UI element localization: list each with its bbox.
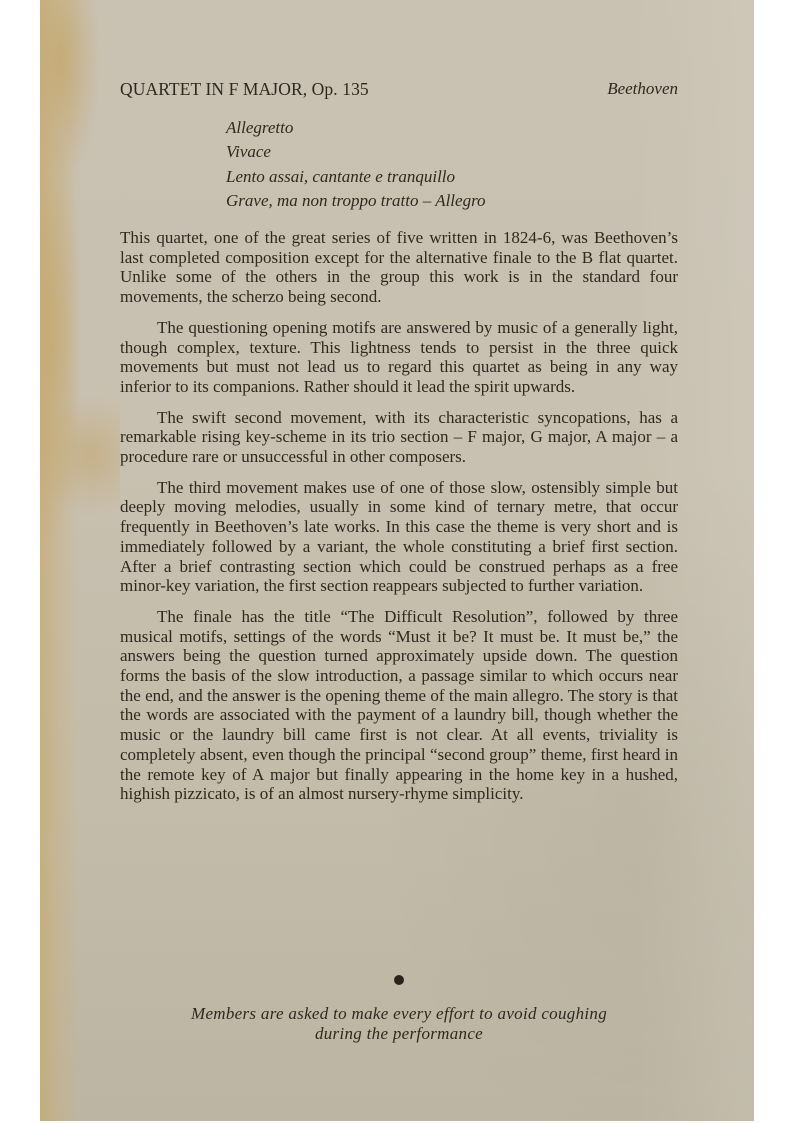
composer-name: Beethoven — [607, 79, 678, 99]
movement-item: Lento assai, cantante e tranquillo — [226, 165, 486, 189]
bullet-separator-icon — [394, 975, 404, 985]
paragraph-third-movement: The third movement makes use of one of t… — [120, 478, 678, 596]
notice-line: during the performance — [120, 1024, 678, 1044]
paragraph-first-movement: The questioning opening motifs are answe… — [120, 318, 678, 397]
movement-item: Allegretto — [226, 116, 486, 140]
notice-line: Members are asked to make every effort t… — [120, 1004, 678, 1024]
movement-item: Vivace — [226, 140, 486, 164]
page-header: QUARTET IN F MAJOR, Op. 135 Beethoven — [120, 79, 678, 101]
audience-notice: Members are asked to make every effort t… — [120, 1004, 678, 1044]
paragraph-intro: This quartet, one of the great series of… — [120, 228, 678, 307]
programme-notes: This quartet, one of the great series of… — [120, 228, 678, 815]
programme-page: QUARTET IN F MAJOR, Op. 135 Beethoven Al… — [40, 0, 754, 1121]
work-title: QUARTET IN F MAJOR, Op. 135 — [120, 79, 369, 100]
paragraph-finale: The finale has the title “The Difficult … — [120, 607, 678, 804]
movement-list: Allegretto Vivace Lento assai, cantante … — [226, 116, 486, 213]
movement-item: Grave, ma non troppo tratto – Allegro — [226, 189, 486, 213]
water-stain — [40, 0, 120, 1121]
paragraph-second-movement: The swift second movement, with its char… — [120, 408, 678, 467]
